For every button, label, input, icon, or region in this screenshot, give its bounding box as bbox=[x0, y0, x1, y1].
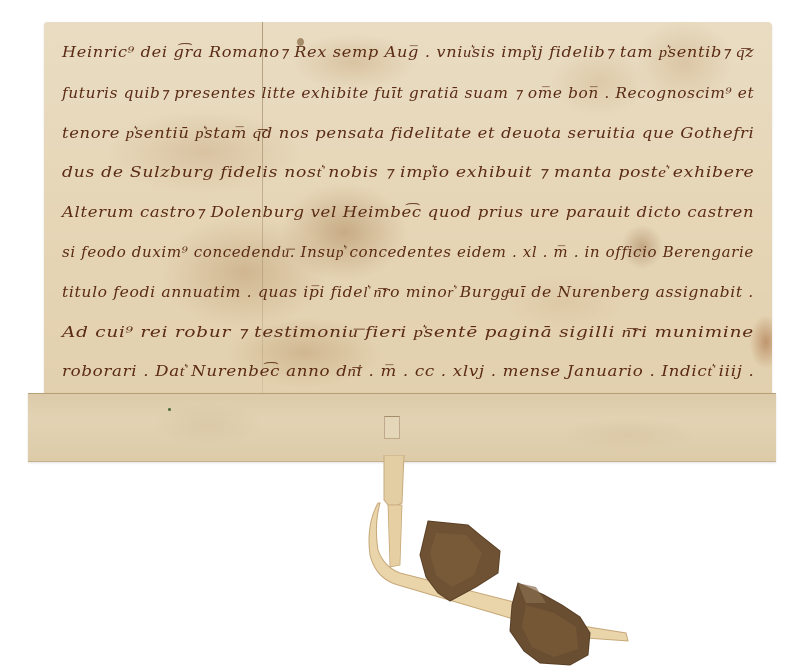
parchment-sheet: Heinric⁹ dei g͡ra Romano⁊ Rex semp Aug̅ … bbox=[44, 22, 772, 400]
text-line-6: si feodo duxim⁹ concedendu͞. Insup͛ conc… bbox=[62, 244, 754, 262]
text-line-8: Ad cui⁹ rei robur ⁊ testimoniu͞ fieri p͛… bbox=[62, 324, 754, 342]
wax-seal-fragment-2 bbox=[510, 583, 590, 665]
plica-fold bbox=[28, 393, 776, 462]
charter-photograph: Heinric⁹ dei g͡ra Romano⁊ Rex semp Aug̅ … bbox=[0, 0, 800, 672]
text-line-5: Alterum castro⁊ Dolenburg vel Heimbe͡c q… bbox=[62, 204, 754, 221]
green-speck bbox=[168, 408, 171, 411]
text-line-4: dus de Sulzburg fidelis nost͛ nobis ⁊ im… bbox=[62, 164, 754, 182]
parchment-tag bbox=[369, 455, 628, 641]
text-line-3: tenore p͛sentiū p͛stam̅ q͞d nos pensata … bbox=[62, 125, 754, 143]
seal-tag-slit bbox=[384, 416, 400, 439]
text-line-2: futuris quib⁊ presentes litte exhibite f… bbox=[62, 85, 754, 102]
text-line-7: titulo feodi annuatim . quas ip̅i fidel͛… bbox=[62, 284, 754, 302]
text-line-9: roborari . Dat͛ Nurenbe͡c anno dn͞i . m̅… bbox=[62, 363, 754, 381]
text-line-1: Heinric⁹ dei g͡ra Romano⁊ Rex semp Aug̅ … bbox=[62, 44, 754, 62]
seal-assembly bbox=[340, 455, 640, 672]
